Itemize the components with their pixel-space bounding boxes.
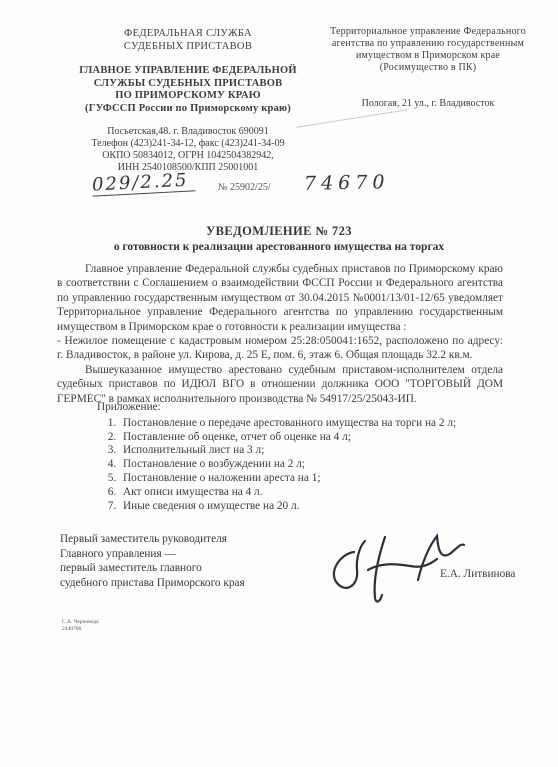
- sender-org-line: ПО ПРИМОРСКОМУ КРАЮ: [52, 90, 324, 103]
- appendix-item: Акт описи имущества на 4 л.: [119, 486, 503, 500]
- signer-position-line: судебного пристава Приморского края: [60, 576, 310, 591]
- sender-contact-block: Посьетская,48. г. Владивосток 690091 Тел…: [52, 126, 324, 174]
- sender-org-line: ГЛАВНОЕ УПРАВЛЕНИЕ ФЕДЕРАЛЬНОЙ: [52, 65, 324, 78]
- signer-position-line: Главного управления —: [60, 547, 310, 562]
- handwritten-outgoing-number: 74670: [304, 171, 390, 194]
- registration-line: 029/2.25 № 25902/25/ 74670: [92, 170, 392, 206]
- sender-org-name: ГЛАВНОЕ УПРАВЛЕНИЕ ФЕДЕРАЛЬНОЙ СЛУЖБЫ СУ…: [52, 65, 324, 115]
- signer-name: Е.А. Литвинова: [440, 568, 515, 580]
- sender-phone-line: Телефон (423)241-34-12, факс (423)241-34…: [52, 138, 324, 150]
- scanned-document-page: ФЕДЕРАЛЬНАЯ СЛУЖБА СУДЕБНЫХ ПРИСТАВОВ ГЛ…: [0, 0, 558, 767]
- document-title-block: УВЕДОМЛЕНИЕ № 723 о готовности к реализа…: [0, 224, 558, 253]
- recipient-org-line: (Росимущество в ПК): [304, 62, 552, 74]
- recipient-org-line: имуществом в Приморском крае: [304, 50, 552, 62]
- sender-parent-org-line: СУДЕБНЫХ ПРИСТАВОВ: [52, 41, 324, 54]
- executor-block: С.А. Черновода 2440706: [62, 619, 99, 632]
- appendix-item: Постановление о передаче арестованного и…: [119, 417, 503, 431]
- outgoing-number-prefix: № 25902/25/: [218, 182, 271, 193]
- recipient-org-line: Территориальное управление Федерального: [304, 26, 552, 38]
- signer-position-block: Первый заместитель руководителя Главного…: [60, 532, 310, 590]
- appendix-section: Приложение: Постановление о передаче аре…: [57, 401, 503, 513]
- body-paragraph-property: - Нежилое помещение с кадастровым номеро…: [57, 334, 503, 363]
- signer-position-line: первый заместитель главного: [60, 561, 310, 576]
- sender-org-line: СЛУЖБЫ СУДЕБНЫХ ПРИСТАВОВ: [52, 78, 324, 91]
- recipient-block: Территориальное управление Федерального …: [304, 26, 552, 110]
- sender-org-block: ФЕДЕРАЛЬНАЯ СЛУЖБА СУДЕБНЫХ ПРИСТАВОВ ГЛ…: [52, 28, 324, 174]
- sender-parent-org: ФЕДЕРАЛЬНАЯ СЛУЖБА СУДЕБНЫХ ПРИСТАВОВ: [52, 28, 324, 53]
- appendix-label: Приложение:: [97, 401, 503, 415]
- appendix-item: Поставление об оценке, отчет об оценке н…: [119, 431, 503, 445]
- document-subtitle: о готовности к реализации арестованного …: [0, 241, 558, 253]
- recipient-org-line: агентства по управлению государственным: [304, 38, 552, 50]
- recipient-address: Пологая, 21 ул., г. Владивосток: [304, 98, 552, 110]
- document-title: УВЕДОМЛЕНИЕ № 723: [0, 224, 558, 239]
- sender-address-line: Посьетская,48. г. Владивосток 690091: [52, 126, 324, 138]
- executor-name: С.А. Черновода: [62, 619, 99, 626]
- body-paragraph-debtor: Вышеуказанное имущество арестовано судеб…: [57, 363, 503, 406]
- body-paragraph-main: Главное управление Федеральной службы су…: [57, 262, 503, 334]
- signer-position-line: Первый заместитель руководителя: [60, 532, 310, 547]
- sender-okpo-ogrn-line: ОКПО 50834012, ОГРН 1042504382942,: [52, 150, 324, 162]
- sender-parent-org-line: ФЕДЕРАЛЬНАЯ СЛУЖБА: [52, 28, 324, 41]
- handwritten-date: 029/2.25: [91, 169, 195, 196]
- appendix-list: Постановление о передаче арестованного и…: [57, 417, 503, 514]
- document-body: Главное управление Федеральной службы су…: [57, 262, 503, 406]
- appendix-item: Иные сведения о имуществе на 20 л.: [119, 500, 503, 514]
- appendix-item: Исполнительный лист на 3 л;: [119, 444, 503, 458]
- sender-org-line: (ГУФССП России по Приморскому краю): [52, 103, 324, 116]
- appendix-item: Постановление о возбуждении на 2 л;: [119, 458, 503, 472]
- appendix-item: Постановление о наложении ареста на 1;: [119, 472, 503, 486]
- executor-phone: 2440706: [62, 626, 99, 633]
